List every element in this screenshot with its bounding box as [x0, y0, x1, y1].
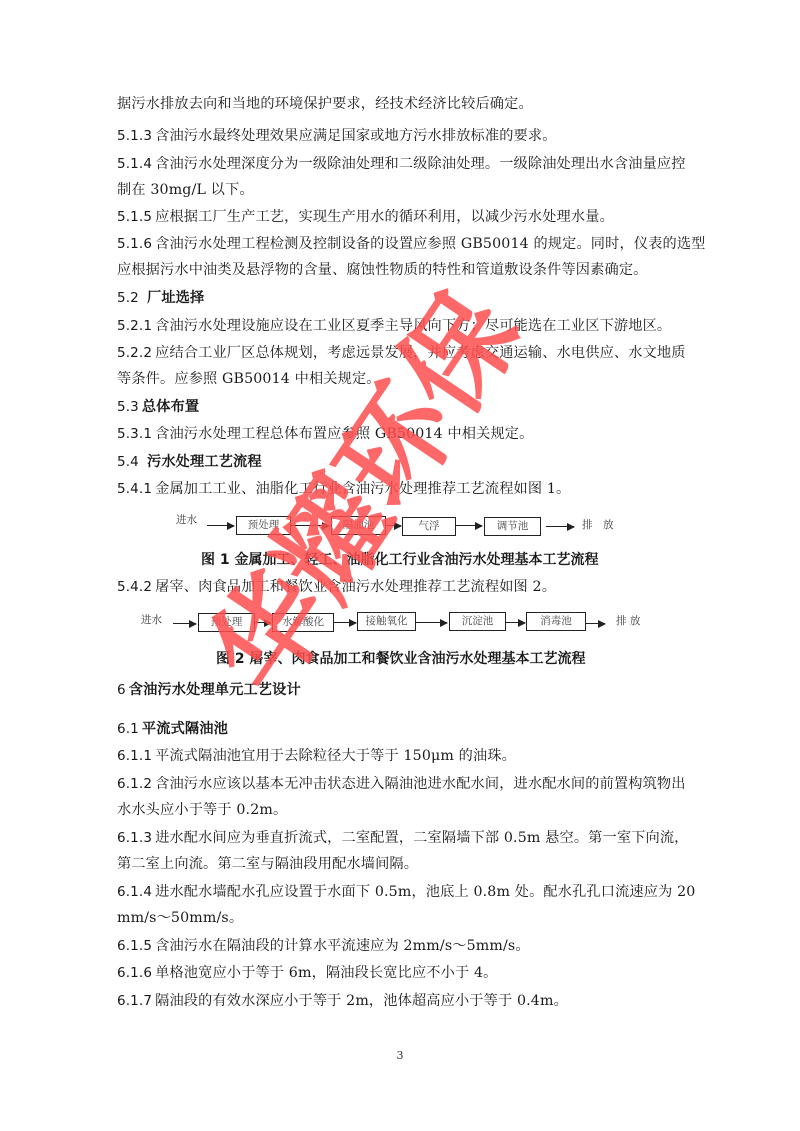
clause-5-2-1: 5.2.1含油污水处理设施应设在工业区夏季主导风向下方；尽可能选在工业区下游地区…: [117, 317, 671, 335]
clause-text: 应根据污水中油类及悬浮物的含量、腐蚀性物质的特性和管道敷设条件等因素确定。: [117, 262, 648, 278]
clause-number: 5.1.3: [117, 128, 152, 144]
arrow-icon: [255, 622, 271, 623]
clause-text: 进水配水墙配水孔应设置于水面下 0.5m，池底上 0.8m 处。配水孔孔口流速应…: [155, 884, 695, 900]
clause-text: 第二室上向流。第二室与隔油段用配水墙间隔。: [117, 856, 418, 872]
clause-number: 6.1.3: [117, 830, 152, 846]
clause-text: 应结合工业厂区总体规划，考虑远景发展，并应考虑交通运输、水电供应、水文地质: [155, 345, 686, 361]
clause-text: 金属加工工业、油脂化工行业含油污水处理推荐工艺流程如图 1。: [155, 481, 570, 497]
clause-5-2-2-continued: 等条件。应参照 GB50014 中相关规定。: [117, 370, 381, 388]
clause-number: 6.1.7: [117, 993, 152, 1009]
clause-number: 5.1.5: [117, 209, 152, 225]
clause-number: 5.4.2: [117, 579, 152, 595]
clause-number: 5.2.2: [117, 345, 152, 361]
arrow-icon: [546, 526, 574, 527]
clause-5-2-2: 5.2.2应结合工业厂区总体规划，考虑远景发展，并应考虑交通运输、水电供应、水文…: [117, 344, 686, 362]
section-heading-5-2: 5.2 厂址选择: [117, 289, 204, 307]
arrow-icon: [506, 622, 525, 623]
clause-text: 含油污水应该以基本无冲击状态进入隔油池进水配水间，进水配水间的前置构筑物出: [155, 776, 686, 792]
section-title: 厂址选择: [142, 290, 204, 306]
figure-2-caption: 图 2 屠宰、肉食品加工和餐饮业含油污水处理基本工艺流程: [216, 650, 586, 668]
line-text: 据污水排放去向和当地的环境保护要求，经技术经济比较后确定。: [117, 96, 533, 112]
clause-5-1-6-continued: 应根据污水中油类及悬浮物的含量、腐蚀性物质的特性和管道敷设条件等因素确定。: [117, 261, 648, 279]
flow-step-box: 预处理: [236, 516, 291, 535]
clause-5-1-4-continued: 制在 30mg/L 以下。: [117, 181, 254, 199]
clause-6-1-3-continued: 第二室上向流。第二室与隔油段用配水墙间隔。: [117, 855, 418, 873]
clause-text: mm/s～50mm/s。: [117, 910, 243, 926]
clause-text: 单格池宽应小于等于 6m，隔油段长宽比应不小于 4。: [155, 965, 497, 981]
clause-text: 水水头应小于等于 0.2m。: [117, 802, 287, 818]
clause-text: 等条件。应参照 GB50014 中相关规定。: [117, 371, 381, 387]
clause-5-1-5: 5.1.5应根据工厂生产工艺，实现生产用水的循环利用，以减少污水处理水量。: [117, 208, 614, 226]
arrow-icon: [291, 525, 329, 526]
figure-1-caption: 图 1 金属加工、轻工、油脂化工行业含油污水处理基本工艺流程: [201, 551, 599, 569]
section-number: 5.4: [117, 454, 139, 470]
chapter-number: 6: [117, 682, 126, 698]
clause-text: 制在 30mg/L 以下。: [117, 182, 254, 198]
clause-5-4-1: 5.4.1金属加工工业、油脂化工行业含油污水处理推荐工艺流程如图 1。: [117, 480, 570, 498]
section-title: 平流式隔油池: [142, 721, 228, 737]
flow-input-label: 进水: [141, 613, 162, 627]
clause-text: 含油污水在隔油段的计算水平流速应为 2mm/s～5mm/s。: [155, 938, 530, 954]
flow-step-box: 接触氧化: [357, 612, 416, 631]
clause-5-4-2: 5.4.2屠宰、肉食品加工和餐饮业含油污水处理推荐工艺流程如图 2。: [117, 578, 556, 596]
flow-step-box: 消毒池: [526, 612, 586, 631]
clause-5-1-6: 5.1.6含油污水处理工程检测及控制设备的设置应参照 GB50014 的规定。同…: [117, 235, 706, 253]
arrow-icon: [456, 525, 482, 526]
clause-number: 6.1.6: [117, 965, 152, 981]
arrow-icon: [416, 622, 447, 623]
clause-text: 含油污水最终处理效果应满足国家或地方污水排放标准的要求。: [155, 128, 556, 144]
section-heading-5-3: 5.3总体布置: [117, 398, 199, 416]
flow-step-box: 沉淀池: [449, 612, 506, 631]
chapter-heading-6: 6含油污水处理单元工艺设计: [117, 681, 301, 699]
clause-6-1-7: 6.1.7隔油段的有效水深应小于等于 2m，池体超高应小于等于 0.4m。: [117, 992, 568, 1010]
clause-number: 5.2.1: [117, 318, 152, 334]
arrow-icon: [386, 525, 401, 526]
section-heading-6-1: 6.1平流式隔油池: [117, 720, 228, 738]
clause-text: 平流式隔油池宜用于去除粒径大于等于 150μm 的油珠。: [155, 748, 516, 764]
flow-step-box: 隔油池: [331, 516, 386, 535]
chapter-title: 含油污水处理单元工艺设计: [129, 682, 301, 698]
clause-number: 5.4.1: [117, 481, 152, 497]
section-number: 5.2: [117, 290, 139, 306]
clause-text: 隔油段的有效水深应小于等于 2m，池体超高应小于等于 0.4m。: [155, 993, 568, 1009]
flow-output-label: 排 放: [616, 614, 640, 628]
clause-number: 6.1.4: [117, 884, 152, 900]
flow-step-box: 气浮: [402, 517, 456, 536]
clause-text: 含油污水处理深度分为一级除油处理和二级除油处理。一级除油处理出水含油量应控: [155, 156, 686, 172]
section-number: 6.1: [117, 721, 139, 737]
clause-number: 5.1.6: [117, 236, 152, 252]
clause-6-1-4: 6.1.4进水配水墙配水孔应设置于水面下 0.5m，池底上 0.8m 处。配水孔…: [117, 883, 695, 901]
clause-number: 6.1.2: [117, 776, 152, 792]
clause-text: 屠宰、肉食品加工和餐饮业含油污水处理推荐工艺流程如图 2。: [155, 579, 556, 595]
flow-step-box: 调节池: [484, 517, 541, 536]
clause-6-1-2: 6.1.2含油污水应该以基本无冲击状态进入隔油池进水配水间，进水配水间的前置构筑…: [117, 775, 686, 793]
figure-2-flowchart: 进水 预处理 水解酸化 接触氧化 沉淀池 消毒池 排 放: [0, 612, 800, 652]
clause-5-3-1: 5.3.1含油污水处理工程总体布置应参照 GB50014 中相关规定。: [117, 425, 533, 443]
section-heading-5-4: 5.4 污水处理工艺流程: [117, 453, 262, 471]
clause-number: 6.1.5: [117, 938, 152, 954]
section-number: 5.3: [117, 399, 139, 415]
clause-6-1-4-continued: mm/s～50mm/s。: [117, 909, 243, 927]
section-title: 污水处理工艺流程: [142, 454, 262, 470]
clause-5-1-4: 5.1.4含油污水处理深度分为一级除油处理和二级除油处理。一级除油处理出水含油量…: [117, 155, 686, 173]
clause-6-1-3: 6.1.3进水配水间应为垂直折流式，二室配置，二室隔墙下部 0.5m 悬空。第一…: [117, 829, 689, 847]
clause-6-1-1: 6.1.1平流式隔油池宜用于去除粒径大于等于 150μm 的油珠。: [117, 747, 516, 765]
clause-6-1-5: 6.1.5含油污水在隔油段的计算水平流速应为 2mm/s～5mm/s。: [117, 937, 530, 955]
page-number: 3: [0, 1049, 800, 1062]
arrow-icon: [334, 622, 356, 623]
clause-text: 应根据工厂生产工艺，实现生产用水的循环利用，以减少污水处理水量。: [155, 209, 614, 225]
section-title: 总体布置: [142, 399, 199, 415]
clause-text: 含油污水处理工程总体布置应参照 GB50014 中相关规定。: [155, 426, 533, 442]
clause-5-1-3: 5.1.3含油污水最终处理效果应满足国家或地方污水排放标准的要求。: [117, 127, 557, 145]
flow-step-box: 预处理: [198, 613, 255, 632]
clause-number: 5.1.4: [117, 156, 152, 172]
document-page: 据污水排放去向和当地的环境保护要求，经技术经济比较后确定。 5.1.3含油污水最…: [0, 0, 800, 1131]
arrow-icon: [207, 525, 234, 526]
flow-output-label: 排 放: [582, 518, 614, 532]
clause-text: 含油污水处理工程检测及控制设备的设置应参照 GB50014 的规定。同时，仪表的…: [155, 236, 705, 252]
clause-text: 含油污水处理设施应设在工业区夏季主导风向下方；尽可能选在工业区下游地区。: [155, 318, 671, 334]
paragraph-line: 据污水排放去向和当地的环境保护要求，经技术经济比较后确定。: [117, 95, 533, 113]
clause-6-1-2-continued: 水水头应小于等于 0.2m。: [117, 801, 287, 819]
clause-number: 5.3.1: [117, 426, 152, 442]
flow-input-label: 进水: [176, 513, 197, 527]
clause-text: 进水配水间应为垂直折流式，二室配置，二室隔墙下部 0.5m 悬空。第一室下向流，: [155, 830, 688, 846]
clause-6-1-6: 6.1.6单格池宽应小于等于 6m，隔油段长宽比应不小于 4。: [117, 964, 497, 982]
flow-step-box: 水解酸化: [272, 613, 334, 632]
figure-1-flowchart: 进水 预处理 隔油池 气浮 调节池 排 放: [0, 516, 800, 556]
clause-number: 6.1.1: [117, 748, 152, 764]
arrow-icon: [173, 623, 196, 624]
arrow-icon: [586, 623, 605, 624]
